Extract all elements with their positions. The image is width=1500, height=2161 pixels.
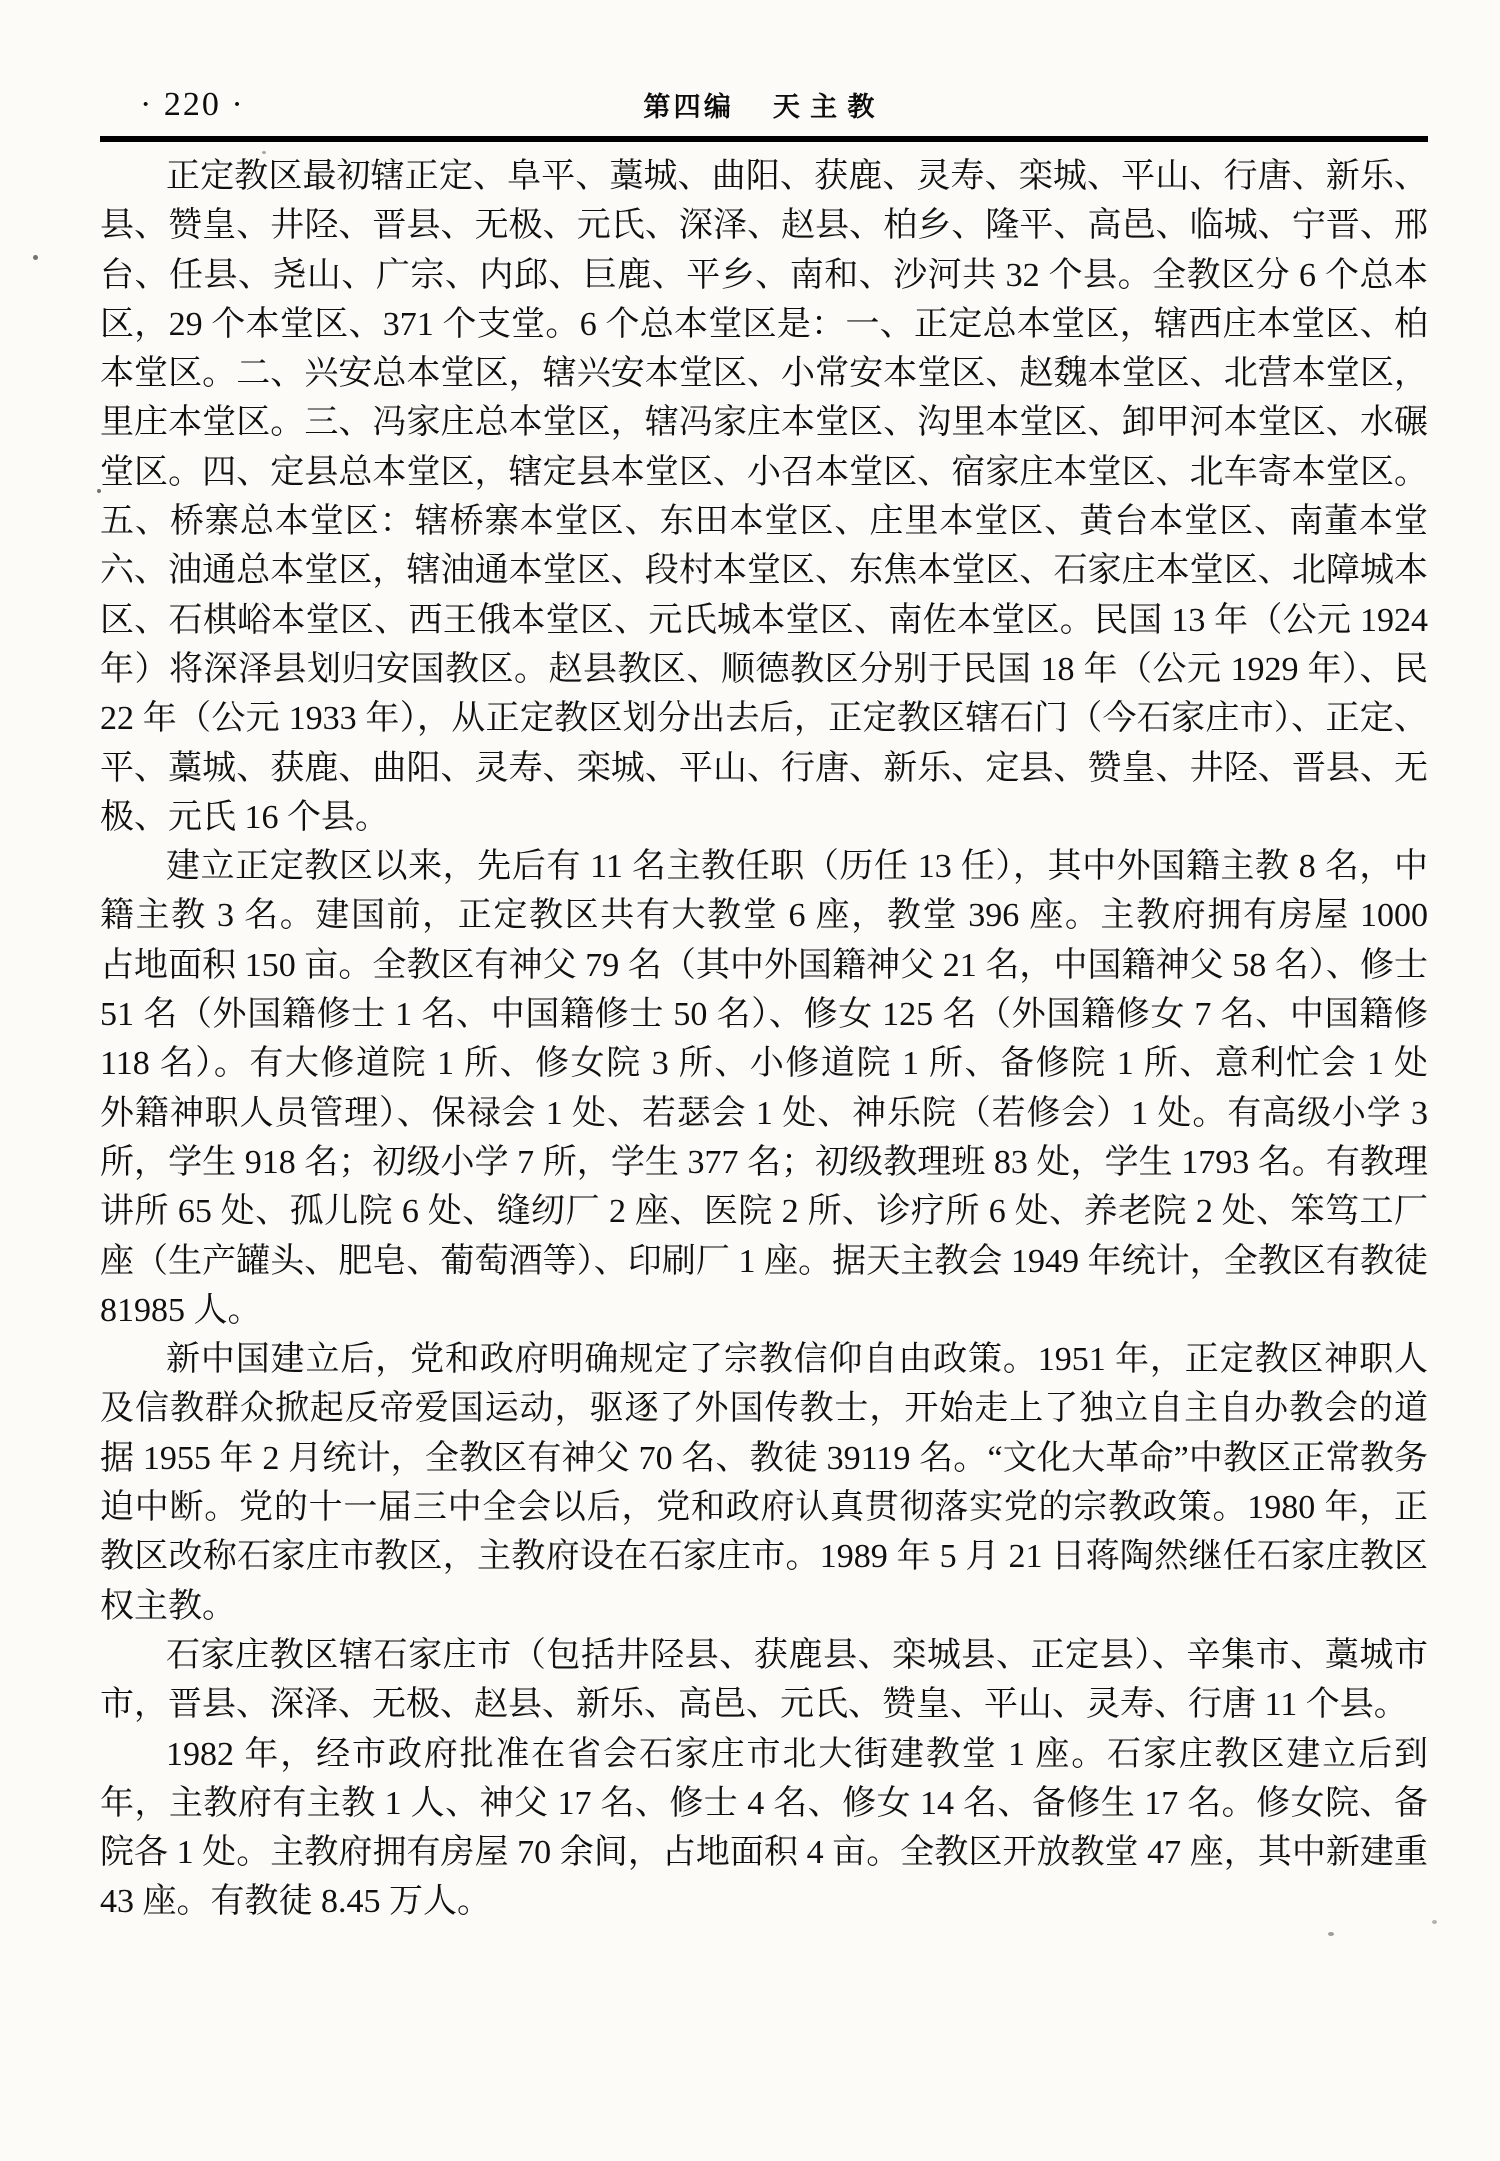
scan-speck	[33, 255, 38, 260]
text-line: 五、桥寨总本堂区：辖桥寨本堂区、东田本堂区、庄里本堂区、黄台本堂区、南董本堂区。	[100, 497, 1428, 546]
text-line: 六、油通总本堂区，辖油通本堂区、段村本堂区、东焦本堂区、石家庄本堂区、北障城本堂	[100, 546, 1428, 595]
text-line: 所，学生 918 名；初级小学 7 所，学生 377 名；初级教理班 83 处，…	[100, 1138, 1428, 1187]
text-line: 据 1955 年 2 月统计，全教区有神父 70 名、教徒 39119 名。“文…	[100, 1434, 1428, 1483]
text-line: 区、石棋峪本堂区、西王俄本堂区、元氏城本堂区、南佐本堂区。民国 13 年（公元 …	[100, 596, 1428, 645]
text-line: 堂区。四、定县总本堂区，辖定县本堂区、小召本堂区、宿家庄本堂区、北车寄本堂区。	[100, 448, 1428, 497]
scan-speck	[1432, 1920, 1437, 1924]
text-line: 新中国建立后，党和政府明确规定了宗教信仰自由政策。1951 年，正定教区神职人员	[100, 1335, 1428, 1384]
text-line: 22 年（公元 1933 年），从正定教区划分出去后，正定教区辖石门（今石家庄市…	[100, 694, 1428, 743]
text-line: 座（生产罐头、肥皂、葡萄酒等）、印刷厂 1 座。据天主教会 1949 年统计，全…	[100, 1237, 1428, 1286]
text-line: 院各 1 处。主教府拥有房屋 70 余间，占地面积 4 亩。全教区开放教堂 47…	[100, 1828, 1428, 1877]
text-line: 平、藁城、获鹿、曲阳、灵寿、栾城、平山、行唐、新乐、定县、赞皇、井陉、晋县、无	[100, 744, 1428, 793]
text-line: 正定教区最初辖正定、阜平、藁城、曲阳、获鹿、灵寿、栾城、平山、行唐、新乐、定	[100, 152, 1428, 201]
text-line: 台、任县、尧山、广宗、内邱、巨鹿、平乡、南和、沙河共 32 个县。全教区分 6 …	[100, 251, 1428, 300]
text-line: 外籍神职人员管理）、保禄会 1 处、若瑟会 1 处、神乐院（若修会）1 处。有高…	[100, 1089, 1428, 1138]
running-head: 第四编 天主教	[100, 90, 1428, 124]
text-line: 占地面积 150 亩。全教区有神父 79 名（其中外国籍神父 21 名，中国籍神…	[100, 941, 1428, 990]
text-line: 年，主教府有主教 1 人、神父 17 名、修士 4 名、修女 14 名、备修生 …	[100, 1779, 1428, 1828]
scan-speck	[262, 151, 266, 154]
text-line: 讲所 65 处、孤儿院 6 处、缝纫厂 2 座、医院 2 所、诊疗所 6 处、养…	[100, 1187, 1428, 1236]
text-line: 本堂区。二、兴安总本堂区，辖兴安本堂区、小常安本堂区、赵魏本堂区、北营本堂区，东	[100, 349, 1428, 398]
text-line: 里庄本堂区。三、冯家庄总本堂区，辖冯家庄本堂区、沟里本堂区、卸甲河本堂区、水碾本	[100, 398, 1428, 447]
running-head-title: 天主教	[773, 92, 885, 122]
text-line: 81985 人。	[100, 1286, 1428, 1335]
text-line: 籍主教 3 名。建国前，正定教区共有大教堂 6 座，教堂 396 座。主教府拥有…	[100, 891, 1428, 940]
text-line: 1982 年，经市政府批准在省会石家庄市北大街建教堂 1 座。石家庄教区建立后到…	[100, 1730, 1428, 1779]
scan-speck	[1328, 1932, 1334, 1936]
text-line: 区，29 个本堂区、371 个支堂。6 个总本堂区是：一、正定总本堂区，辖西庄本…	[100, 300, 1428, 349]
text-line: 年）将深泽县划归安国教区。赵县教区、顺德教区分别于民国 18 年（公元 1929…	[100, 645, 1428, 694]
text-line: 教区改称石家庄市教区，主教府设在石家庄市。1989 年 5 月 21 日蒋陶然继…	[100, 1532, 1428, 1581]
header-rule	[100, 136, 1428, 142]
scan-speck	[97, 489, 101, 493]
text-line: 118 名）。有大修道院 1 所、修女院 3 所、小修道院 1 所、备修院 1 …	[100, 1039, 1428, 1088]
text-line: 51 名（外国籍修士 1 名、中国籍修士 50 名）、修女 125 名（外国籍修…	[100, 990, 1428, 1039]
text-line: 市，晋县、深泽、无极、赵县、新乐、高邑、元氏、赞皇、平山、灵寿、行唐 11 个县…	[100, 1680, 1428, 1729]
page-body: 正定教区最初辖正定、阜平、藁城、曲阳、获鹿、灵寿、栾城、平山、行唐、新乐、定县、…	[100, 152, 1428, 1927]
text-line: 权主教。	[100, 1582, 1428, 1631]
text-line: 43 座。有教徒 8.45 万人。	[100, 1877, 1428, 1926]
text-line: 县、赞皇、井陉、晋县、无极、元氏、深泽、赵县、柏乡、隆平、高邑、临城、宁晋、邢	[100, 201, 1428, 250]
text-line: 极、元氏 16 个县。	[100, 793, 1428, 842]
text-line: 迫中断。党的十一届三中全会以后，党和政府认真贯彻落实党的宗教政策。1980 年，…	[100, 1483, 1428, 1532]
text-line: 石家庄教区辖石家庄市（包括井陉县、获鹿县、栾城县、正定县）、辛集市、藁城市 3	[100, 1631, 1428, 1680]
text-line: 建立正定教区以来，先后有 11 名主教任职（历任 13 任），其中外国籍主教 8…	[100, 842, 1428, 891]
text-line: 及信教群众掀起反帝爱国运动，驱逐了外国传教士，开始走上了独立自主自办教会的道路。	[100, 1384, 1428, 1433]
running-head-section: 第四编	[643, 92, 734, 122]
book-page: · 220 · 第四编 天主教 正定教区最初辖正定、阜平、藁城、曲阳、获鹿、灵寿…	[0, 0, 1500, 2161]
